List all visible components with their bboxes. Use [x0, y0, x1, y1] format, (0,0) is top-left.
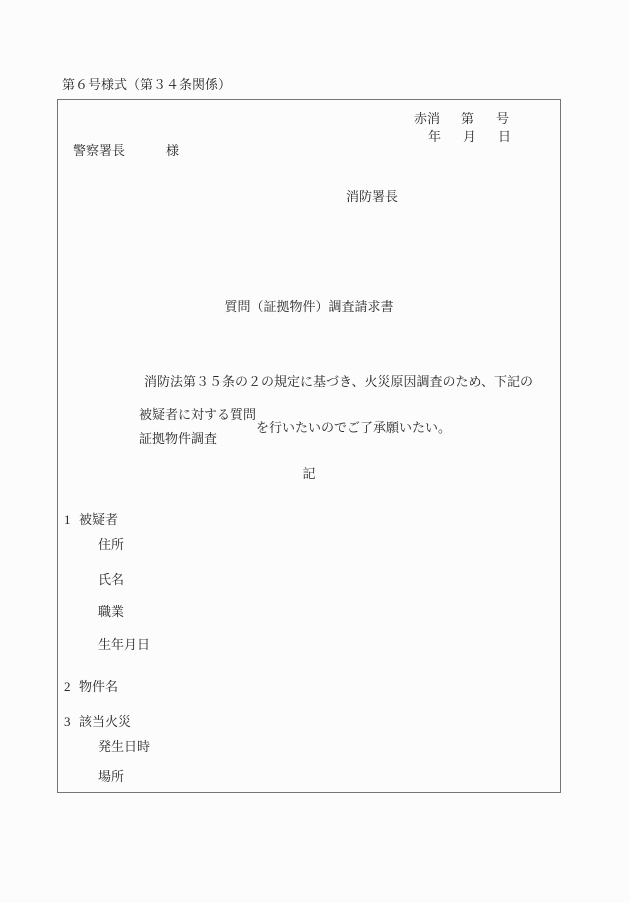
- item-1-sub-address: 住所: [98, 538, 124, 551]
- item-1-sub-birthdate: 生年月日: [98, 638, 150, 651]
- option-question-to-suspect: 被疑者に対する質問: [139, 408, 256, 421]
- date-day-label: 日: [498, 130, 511, 143]
- item-3-number: 3: [64, 715, 71, 728]
- form-border-box: 赤消 第 号 年 月 日 警察署長 様 消防署長 質問（証拠物件）調査請求書 消…: [57, 99, 561, 793]
- item-1-number: 1: [64, 513, 71, 526]
- sender-title: 消防署長: [346, 190, 398, 203]
- item-2-number: 2: [64, 680, 71, 693]
- ref-number-counter: 第: [461, 112, 474, 125]
- item-1-sub-name: 氏名: [98, 573, 124, 586]
- ref-number-suffix: 号: [496, 112, 509, 125]
- ref-number-prefix: 赤消: [414, 112, 440, 125]
- form-style-label: 第６号様式（第３４条関係）: [62, 78, 231, 91]
- option-evidence-investigation: 証拠物件調査: [139, 432, 217, 445]
- item-2-label: 物件名: [79, 680, 118, 693]
- date-year-label: 年: [428, 130, 441, 143]
- addressee-title: 警察署長: [73, 144, 125, 157]
- item-1-sub-occupation: 職業: [98, 605, 124, 618]
- item-1-label: 被疑者: [79, 513, 118, 526]
- item-3-sub-location: 場所: [98, 770, 124, 783]
- body-close-text: を行いたいのでご了承願いたい。: [256, 421, 451, 434]
- record-marker: 記: [58, 467, 560, 480]
- document-title: 質問（証拠物件）調査請求書: [58, 300, 560, 313]
- body-intro-text: 消防法第３５条の２の規定に基づき、火災原因調査のため、下記の: [144, 375, 533, 388]
- date-month-label: 月: [463, 130, 476, 143]
- addressee-honorific: 様: [166, 144, 179, 157]
- item-3-label: 該当火災: [79, 715, 131, 728]
- item-3-sub-occurrence-datetime: 発生日時: [98, 740, 150, 753]
- document-page: 第６号様式（第３４条関係） 赤消 第 号 年 月 日 警察署長 様 消防署長 質…: [0, 0, 630, 903]
